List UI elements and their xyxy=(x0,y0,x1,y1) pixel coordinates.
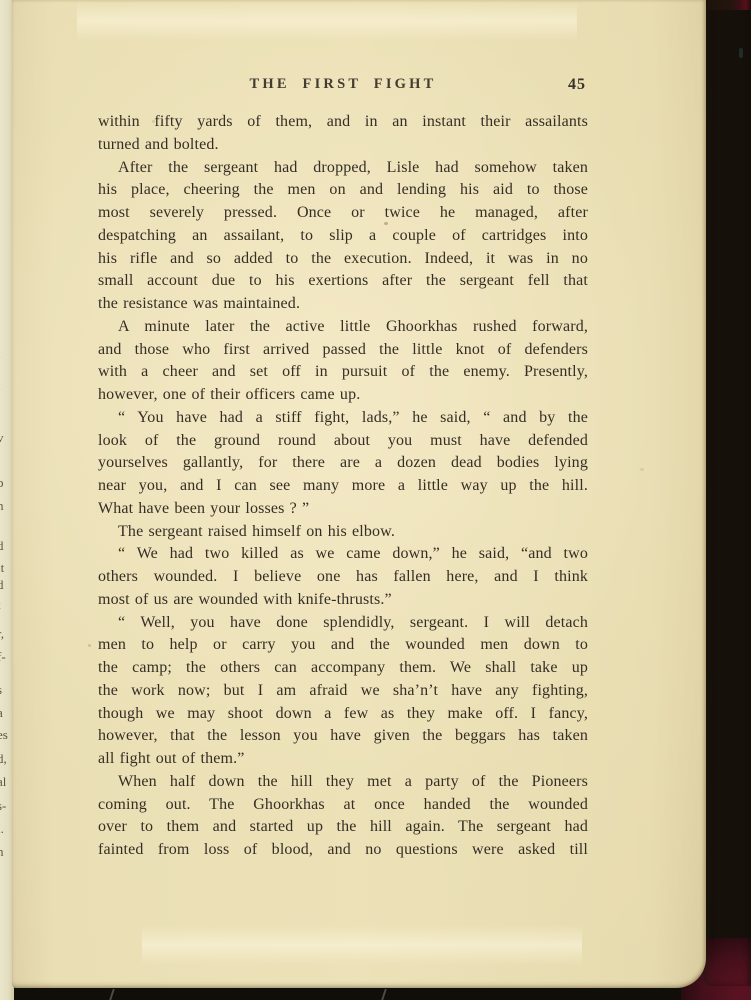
text-line: others wounded. I believe one has fallen… xyxy=(98,566,588,589)
text-line: small account due to his exertions after… xyxy=(98,270,588,293)
text-line: What have been your losses ? ” xyxy=(98,498,588,521)
facing-page-glyph-fragment: f- xyxy=(0,650,9,664)
text-line: his place, cheering the men on and lendi… xyxy=(98,179,588,202)
facing-page-glyph-fragment: s xyxy=(0,683,9,697)
text-line: After the sergeant had dropped, Lisle ha… xyxy=(98,157,588,180)
facing-page-glyph-fragment: v xyxy=(0,431,9,445)
facing-page-glyph-fragment: t xyxy=(0,598,9,612)
book-cover-top-edge xyxy=(707,0,751,10)
text-block: within fifty yards of them, and in an in… xyxy=(98,111,588,862)
chapter-title: THE FIRST FIGHT xyxy=(98,76,588,93)
text-line: however, that the lesson you have given … xyxy=(98,725,588,748)
text-line: near you, and I can see many more a litt… xyxy=(98,475,588,498)
facing-page-glyph-fragment: d xyxy=(0,578,9,592)
book-fore-edge xyxy=(703,4,751,986)
facing-page-glyph-fragment: r, xyxy=(0,627,9,641)
text-line: the resistance was maintained. xyxy=(98,293,588,316)
running-header: THE FIRST FIGHT 45 xyxy=(98,76,588,96)
paper-speck xyxy=(640,468,644,471)
text-line: most severely pressed. Once or twice he … xyxy=(98,202,588,225)
facing-page-glyph-fragment: n xyxy=(0,845,9,859)
text-line: look of the ground round about you must … xyxy=(98,430,588,453)
text-line: most of us are wounded with knife-thrust… xyxy=(98,589,588,612)
text-line: When half down the hill they met a party… xyxy=(98,771,588,794)
scan-light-band xyxy=(142,925,582,965)
text-line: over to them and started up the hill aga… xyxy=(98,816,588,839)
scanned-book-page: THE FIRST FIGHT 45 within fifty yards of… xyxy=(12,0,706,988)
text-line: turned and bolted. xyxy=(98,134,588,157)
facing-page-glyph-fragment: h xyxy=(0,499,9,513)
text-line: his rifle and so added to the execution.… xyxy=(98,248,588,271)
facing-page-glyph-fragment: d xyxy=(0,539,9,553)
facing-page-glyph-fragment: it xyxy=(0,561,9,575)
text-line: though we may shoot down a few as they m… xyxy=(98,703,588,726)
text-line: The sergeant raised himself on his elbow… xyxy=(98,521,588,544)
text-line: men to help or carry you and the wounded… xyxy=(98,634,588,657)
text-line: “ We had two killed as we came down,” he… xyxy=(98,543,588,566)
scan-light-band xyxy=(77,2,577,40)
text-line: despatching an assailant, to slip a coup… xyxy=(98,225,588,248)
facing-page-glyph-fragment: l. xyxy=(0,822,9,836)
text-line: yourselves gallantly, for there are a do… xyxy=(98,452,588,475)
text-line: within fifty yards of them, and in an in… xyxy=(98,111,588,134)
text-line: all fight out of them.” xyxy=(98,748,588,771)
paper-speck xyxy=(88,644,91,647)
fore-edge-mark xyxy=(739,48,743,58)
text-line: the work now; but I am afraid we sha’n’t… xyxy=(98,680,588,703)
text-line: however, one of their officers came up. xyxy=(98,384,588,407)
facing-page-glyph-fragment: es xyxy=(0,728,9,742)
facing-page-glyph-fragment: , xyxy=(0,408,9,422)
facing-page-glyph-fragment: al xyxy=(0,775,9,789)
text-line: “ Well, you have done splendidly, sergea… xyxy=(98,612,588,635)
text-line: and those who first arrived passed the l… xyxy=(98,339,588,362)
facing-page-glyph-fragment: l xyxy=(0,347,9,361)
facing-page-glyph-fragment: l xyxy=(0,379,9,393)
text-line: “ You have had a stiff fight, lads,” he … xyxy=(98,407,588,430)
book-scan-scene: THE FIRST FIGHT 45 within fifty yards of… xyxy=(0,0,751,1000)
text-line: A minute later the active little Ghoorkh… xyxy=(98,316,588,339)
text-line: coming out. The Ghoorkhas at once handed… xyxy=(98,794,588,817)
page-number: 45 xyxy=(568,76,586,94)
text-line: with a cheer and set off in pursuit of t… xyxy=(98,361,588,384)
text-line: the camp; the others can accompany them.… xyxy=(98,657,588,680)
facing-page-glyph-fragment: s- xyxy=(0,799,9,813)
facing-page-glyph-fragment: a xyxy=(0,706,9,720)
facing-page-glyph-fragment: d, xyxy=(0,752,9,766)
facing-page-glyph-fragment: p xyxy=(0,476,9,490)
text-line: fainted from loss of blood, and no quest… xyxy=(98,839,588,862)
